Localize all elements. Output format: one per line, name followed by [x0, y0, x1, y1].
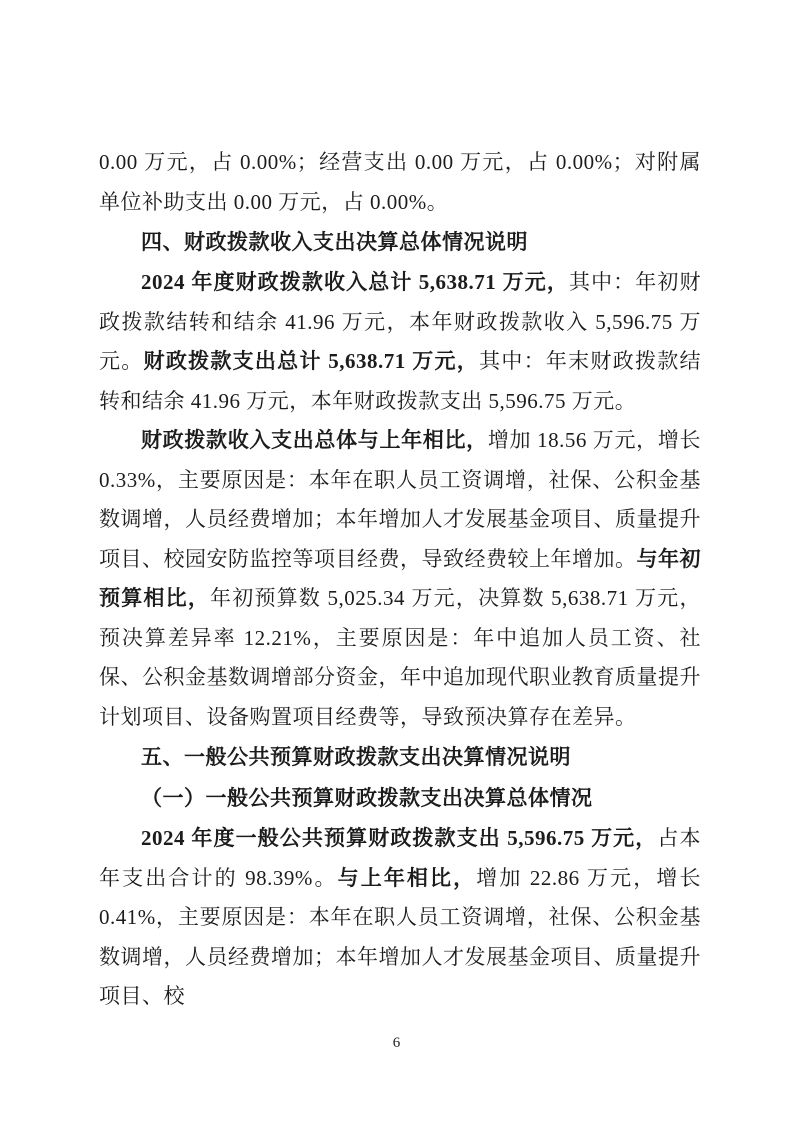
text-run-bold: 财政拨款收入支出总体与上年相比，: [141, 428, 488, 452]
section-heading-5: 五、一般公共预算财政拨款支出决算情况说明: [99, 737, 701, 778]
document-page: 0.00 万元，占 0.00%；经营支出 0.00 万元，占 0.00%；对附属…: [0, 0, 793, 1122]
paragraph-year-comparison: 财政拨款收入支出总体与上年相比，增加 18.56 万元，增长 0.33%，主要原…: [99, 421, 701, 737]
subsection-heading-5-1: （一）一般公共预算财政拨款支出决算总体情况: [99, 778, 701, 819]
heading-text: 四、财政拨款收入支出决算总体情况说明: [141, 231, 528, 254]
text-run-bold: 财政拨款支出总计 5,638.71 万元，: [144, 349, 480, 373]
text-run-bold: 2024 年度财政拨款收入总计 5,638.71 万元，: [141, 270, 569, 294]
text-run-bold: 与上年相比，: [338, 866, 477, 890]
paragraph-continuation: 0.00 万元，占 0.00%；经营支出 0.00 万元，占 0.00%；对附属…: [99, 143, 701, 222]
page-number: 6: [0, 1033, 793, 1053]
text-run-bold: 2024 年度一般公共预算财政拨款支出 5,596.75 万元，: [141, 826, 657, 850]
paragraph-fiscal-totals: 2024 年度财政拨款收入总计 5,638.71 万元，其中：年初财政拨款结转和…: [99, 263, 701, 421]
heading-text: （一）一般公共预算财政拨款支出决算总体情况: [141, 786, 593, 810]
document-body: 0.00 万元，占 0.00%；经营支出 0.00 万元，占 0.00%；对附属…: [99, 143, 701, 1017]
heading-text: 五、一般公共预算财政拨款支出决算情况说明: [141, 746, 571, 769]
section-heading-4: 四、财政拨款收入支出决算总体情况说明: [99, 222, 701, 263]
text-run: 0.00 万元，占 0.00%；经营支出 0.00 万元，占 0.00%；对附属…: [99, 150, 701, 214]
paragraph-general-budget: 2024 年度一般公共预算财政拨款支出 5,596.75 万元，占本年支出合计的…: [99, 819, 701, 1017]
